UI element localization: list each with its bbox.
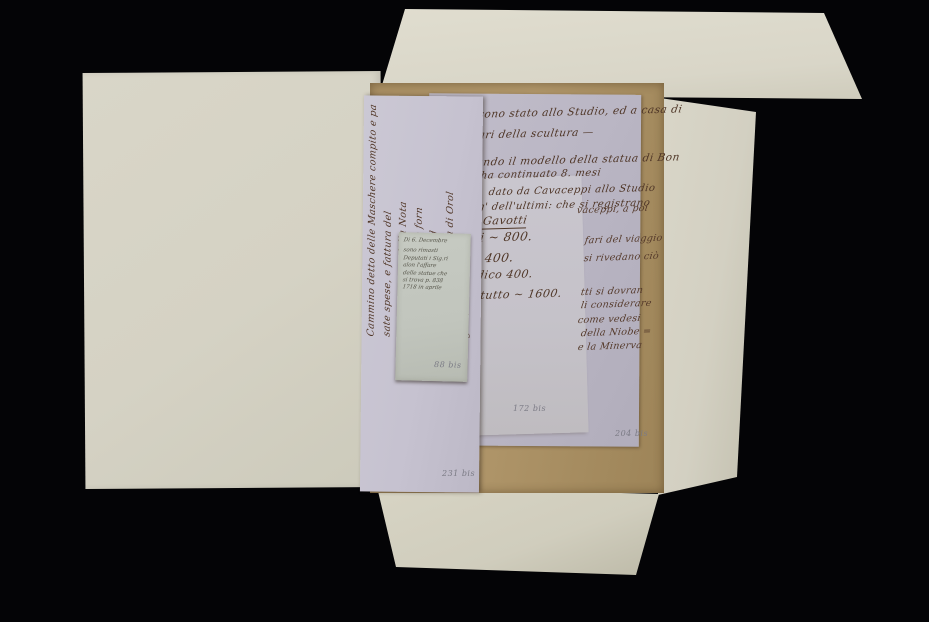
strip-page-number: 231 bis [442,469,475,478]
folder-left-page [83,71,384,489]
manuscript-line: Gavotti [482,213,528,229]
note-page-number: 88 bis [434,360,462,370]
manuscript-fragment: come vedesi [577,313,642,326]
manuscript-line: dico 400. [476,267,534,281]
note-line: Di 6. Decembre [403,237,468,246]
pasted-note: Di 6. Decembre sono rimasti Deputati i S… [395,232,471,382]
archive-photo: sono stato allo Studio, ed a casa di ffa… [0,0,929,622]
sheet-page-number: 172 bis [513,404,546,413]
note-text: Di 6. Decembre sono rimasti Deputati i S… [402,237,467,293]
manuscript-fragment: tti si dovran [580,285,644,298]
manuscript-fragment: e la Minerva [577,340,643,353]
note-line: 1718 in aprile [402,285,467,294]
manuscript-page-number: 204 bis [615,429,648,438]
folder-bottom-flap [377,486,659,576]
